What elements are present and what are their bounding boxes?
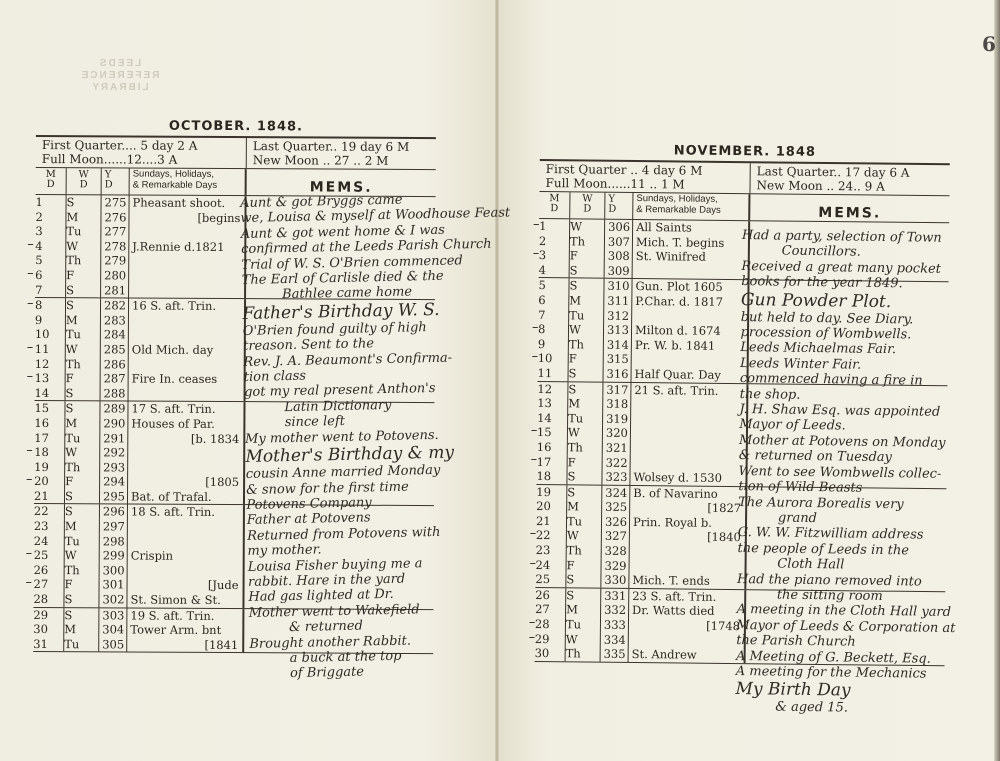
remarkable-days-column: 23 S. aft. Trin.Dr. Watts died[1748St. A… <box>628 589 747 663</box>
year-day: 322 <box>602 455 630 470</box>
event-entry: Pheasant shoot. <box>133 196 245 211</box>
month-day: 18 <box>536 469 566 484</box>
year-day: 332 <box>600 603 628 618</box>
month-day: 19 <box>536 485 566 500</box>
event-entry <box>635 352 747 368</box>
day-numbers: 19202122232425SMTuWThFS32432532632732832… <box>535 485 629 588</box>
moon-phases: First Quarter.... 5 day 2 A Full Moon...… <box>36 137 436 170</box>
month-day: 5 <box>35 253 65 268</box>
moon-phases-right: Last Quarter.. 19 day 6 M New Moon .. 27… <box>246 138 416 169</box>
pencil-tick-mark: – <box>26 575 33 590</box>
event-entry: Crispin <box>131 549 243 564</box>
week-day: S <box>565 588 600 603</box>
month-day: 14 <box>35 386 65 401</box>
day-numbers: 1234WThFS306307308309 <box>539 219 633 278</box>
week-day: Th <box>567 440 602 455</box>
pencil-tick-mark: – <box>27 369 34 384</box>
month-day: 16 <box>34 416 64 431</box>
month-day: 24 <box>34 534 64 549</box>
stamp-line: LEEDS <box>72 58 167 70</box>
column-headers: MD WD YD Sundays, Holidays,& Remarkable … <box>539 192 949 223</box>
month-day: 29 <box>535 632 565 647</box>
month-day: 31 <box>33 637 63 652</box>
year-day: 301 <box>99 578 127 593</box>
year-day: 313 <box>603 323 631 338</box>
week-day: Tu <box>568 308 603 323</box>
event-entry: Tower Arm. bnt <box>130 623 242 638</box>
month-day: 9 <box>35 313 65 328</box>
month-day: 3 <box>35 224 65 239</box>
month-day: 10 <box>35 327 65 342</box>
day-numbers: 567891011SMTuWThFS310311312313314315316 <box>538 278 632 381</box>
pencil-tick-mark: – <box>532 349 539 364</box>
week-day: W <box>566 529 601 544</box>
week-day-column: SMTuWThFS <box>64 401 100 503</box>
event-entry: Milton d. 1674 <box>635 323 747 339</box>
week-day: S <box>65 386 100 401</box>
pencil-tick-mark: – <box>529 556 536 571</box>
event-entry: Half Quar. Day <box>634 367 746 383</box>
week-day: M <box>565 603 600 618</box>
week-day-column: SMTuWThFS <box>565 485 601 588</box>
week-day: S <box>64 401 99 416</box>
month-day: 10 <box>538 351 568 366</box>
week-day: S <box>65 298 100 313</box>
event-entry: Pr. W. b. 1841 <box>635 338 747 354</box>
full-moon: Full Moon......12....3 A <box>42 152 240 167</box>
month-day: 11 <box>538 366 568 381</box>
day-numbers: 2627282930SMTuWTh331332333334335 <box>535 588 629 662</box>
header-year-day: YD <box>604 193 632 219</box>
week-day-column: SMTuWThFS <box>65 298 101 400</box>
month-day: 27 <box>34 577 64 592</box>
event-entry <box>132 357 244 372</box>
year-day: 310 <box>603 279 631 294</box>
week-day: S <box>568 279 603 294</box>
pencil-tick-mark: – <box>529 630 536 645</box>
month-day: 22 <box>536 528 566 543</box>
year-day: 312 <box>603 308 631 323</box>
year-day: 309 <box>604 263 632 278</box>
event-entry <box>632 559 744 575</box>
month-day: 4 <box>539 263 569 278</box>
year-day: 300 <box>99 563 127 578</box>
week-day: Th <box>565 647 600 662</box>
week-day: F <box>567 455 602 470</box>
week-day: W <box>567 426 602 441</box>
remarkable-days-column: 19 S. aft. Trin.Tower Arm. bnt[1841 <box>126 608 244 652</box>
month-day-column: 1234 <box>539 219 570 278</box>
header-year-day: YD <box>101 168 129 194</box>
week-day: S <box>64 489 99 504</box>
week-day: W <box>568 322 603 337</box>
month-day: 20 <box>34 474 64 489</box>
year-day: 297 <box>99 519 127 534</box>
week-day: W <box>565 632 600 647</box>
month-day: 11 <box>35 342 65 357</box>
pencil-tick-mark: – <box>26 472 33 487</box>
month-day: 26 <box>535 588 565 603</box>
year-day: 319 <box>602 411 630 426</box>
week-day: M <box>64 519 99 534</box>
month-day-column: 22232425262728 <box>33 504 64 606</box>
event-entry <box>131 563 243 578</box>
year-day: 276 <box>100 210 128 225</box>
year-day: 289 <box>99 402 127 417</box>
month-day: 8 <box>538 322 568 337</box>
week-day-column: SMTuWThFS <box>65 195 101 297</box>
year-day-column: 310311312313314315316 <box>602 279 631 381</box>
memo-line: My Birth Day <box>735 679 985 702</box>
event-entry: Prin. Royal b. <box>633 515 745 531</box>
event-entry <box>132 283 244 298</box>
event-entry <box>635 309 747 325</box>
week-day: S <box>566 469 601 484</box>
year-day-column: 275276277278279280281 <box>100 195 129 297</box>
week-day: S <box>565 573 600 588</box>
pencil-tick-mark: – <box>533 217 540 232</box>
week-day: F <box>565 558 600 573</box>
event-entry: [1827 <box>633 500 745 516</box>
day-numbers: 293031SMTu303304305 <box>33 608 126 652</box>
pencil-tick-mark: – <box>27 266 34 281</box>
week-day: W <box>65 239 100 254</box>
week-day: Tu <box>64 431 99 446</box>
month-day: 15 <box>537 425 567 440</box>
year-day: 282 <box>100 298 128 313</box>
week-day: F <box>65 268 100 283</box>
year-day: 302 <box>98 592 126 607</box>
event-entry: St. Winifred <box>636 249 748 265</box>
moon-phases: First Quarter .. 4 day 6 M Full Moon....… <box>539 161 949 196</box>
event-entry: Mich. T. begins <box>636 235 748 251</box>
month-day: 9 <box>538 337 568 352</box>
week-day: W <box>65 342 100 357</box>
year-day: 326 <box>601 515 629 530</box>
remarkable-days-column: All SaintsMich. T. beginsSt. Winifred <box>632 220 751 280</box>
remarkable-days-column: 16 S. aft. Trin.Old Mich. dayFire In. ce… <box>128 299 247 402</box>
day-numbers: 15161718192021SMTuWThFS28929029129229329… <box>34 401 128 504</box>
week-day: W <box>64 445 99 460</box>
month-day: 23 <box>34 519 64 534</box>
month-day: 21 <box>34 489 64 504</box>
pencil-tick-mark: – <box>530 526 537 541</box>
month-day: 30 <box>535 646 565 661</box>
week-day: S <box>567 382 602 397</box>
month-day: 7 <box>35 283 65 298</box>
year-day: 316 <box>602 367 630 382</box>
month-day: 23 <box>536 543 566 558</box>
year-day: 295 <box>99 489 127 504</box>
pencil-tick-mark: – <box>27 237 34 252</box>
event-entry: [Jude <box>131 578 243 593</box>
year-day: 285 <box>100 342 128 357</box>
month-day: 5 <box>538 278 568 293</box>
year-day: 328 <box>601 544 629 559</box>
event-entry: Mich. T. ends <box>632 573 744 589</box>
event-entry <box>634 412 746 428</box>
event-entry <box>132 254 244 269</box>
year-day: 327 <box>601 529 629 544</box>
month-day: 17 <box>537 454 567 469</box>
week-day: F <box>64 474 99 489</box>
event-entry: Dr. Watts died <box>632 603 744 619</box>
day-numbers: 12131415161718SMTuWThFS31731831932032132… <box>536 382 630 485</box>
event-entry <box>633 544 745 560</box>
month-day-column: 15161718192021 <box>34 401 65 503</box>
remarkable-days-column: B. of Navarino[1827Prin. Royal b.[1840Mi… <box>628 486 747 589</box>
pencil-tick-mark: – <box>529 615 536 630</box>
header-week-day: WD <box>66 168 101 194</box>
event-entry: All Saints <box>636 220 748 236</box>
week-day: S <box>566 485 601 500</box>
year-day: 275 <box>101 195 129 210</box>
event-entry: B. of Navarino <box>633 486 745 502</box>
week-day: Tu <box>65 224 100 239</box>
week-day: S <box>64 505 99 520</box>
year-day: 284 <box>100 328 128 343</box>
pencil-tick-mark: – <box>531 423 538 438</box>
year-day: 304 <box>98 623 126 638</box>
event-entry: St. Simon & St. <box>130 593 242 608</box>
event-entry <box>634 426 746 442</box>
event-entry: 17 S. aft. Trin. <box>131 402 243 417</box>
pencil-tick-mark: – <box>532 320 539 335</box>
week-day-column: SMTuWThFS <box>566 382 602 485</box>
week-day: S <box>63 608 98 623</box>
year-day: 315 <box>603 352 631 367</box>
year-day-column: 303304305 <box>98 608 126 652</box>
month-day: 21 <box>536 514 566 529</box>
year-day: 303 <box>98 608 126 623</box>
week-day: M <box>63 622 98 637</box>
month-day: 15 <box>34 401 64 416</box>
week-day: Tu <box>65 327 100 342</box>
event-entry: [1805 <box>131 475 243 490</box>
year-day: 329 <box>600 558 628 573</box>
year-day: 294 <box>99 475 127 490</box>
book-right-edge <box>994 0 1000 761</box>
pencil-tick-mark: – <box>27 296 34 311</box>
week-day: Tu <box>566 514 601 529</box>
year-day: 296 <box>99 505 127 520</box>
remarkable-days-column: Gun. Plot 1605P.Char. d. 1817Milton d. 1… <box>630 279 749 382</box>
month-day: 12 <box>537 382 567 397</box>
year-day-column: 296297298299300301302 <box>98 505 127 607</box>
event-entry <box>634 441 746 457</box>
year-day: 321 <box>602 441 630 456</box>
month-day: 13 <box>537 396 567 411</box>
event-entry: Gun. Plot 1605 <box>635 279 747 295</box>
week-day: Tu <box>567 411 602 426</box>
month-day: 12 <box>35 357 65 372</box>
event-entry: [b. 1834 <box>131 431 243 446</box>
week-day: S <box>569 263 604 278</box>
year-day: 334 <box>600 632 628 647</box>
day-numbers: 22232425262728SMTuWThFS29629729829930030… <box>33 504 127 607</box>
week-day-column: SMTuWTh <box>565 588 601 661</box>
event-entry: [1841 <box>130 637 242 652</box>
year-day: 311 <box>603 294 631 309</box>
week-day: F <box>65 371 100 386</box>
event-entry: Wolsey d. 1530 <box>633 470 745 486</box>
year-day: 291 <box>99 431 127 446</box>
month-day: 26 <box>34 563 64 578</box>
event-entry: 23 S. aft. Trin. <box>632 589 744 605</box>
week-day: Tu <box>63 637 98 652</box>
stamp-line: LIBRARY <box>72 82 167 94</box>
new-moon: New Moon .. 24.. 9 A <box>756 178 909 194</box>
event-entry: 16 S. aft. Trin. <box>132 299 244 314</box>
week-day: Th <box>566 543 601 558</box>
year-day: 320 <box>602 426 630 441</box>
year-day: 278 <box>100 239 128 254</box>
header-month-day: MD <box>539 192 569 218</box>
year-day: 279 <box>100 254 128 269</box>
week-day: Th <box>64 563 99 578</box>
year-day-column: 317318319320321322323 <box>601 382 630 484</box>
week-day: S <box>65 283 100 298</box>
month-day: 17 <box>34 430 64 445</box>
month-day: 3 <box>539 248 569 263</box>
week-day: Tu <box>64 534 99 549</box>
year-day: 330 <box>600 573 628 588</box>
year-day: 298 <box>99 534 127 549</box>
pencil-tick-mark: – <box>26 443 33 458</box>
month-day-column: 2627282930 <box>535 588 566 661</box>
month-day: 27 <box>535 602 565 617</box>
month-day: 28 <box>33 592 63 607</box>
event-entry <box>632 633 744 649</box>
month-day-column: 567891011 <box>538 278 569 380</box>
week-day: Th <box>65 254 100 269</box>
year-day-column: 289290291292293294295 <box>99 402 128 504</box>
week-day: Tu <box>565 617 600 632</box>
month-day: 2 <box>35 210 65 225</box>
month-day: 16 <box>537 440 567 455</box>
month-day: 29 <box>33 608 63 623</box>
week-day: S <box>568 366 603 381</box>
year-day: 286 <box>100 357 128 372</box>
event-entry: [begins <box>132 210 244 225</box>
week-day-column: WThFS <box>569 219 605 278</box>
week-day-column: SMTuWThFS <box>63 505 99 607</box>
month-day: 2 <box>539 234 569 249</box>
year-day: 283 <box>100 313 128 328</box>
week-day: Th <box>64 460 99 475</box>
year-day: 318 <box>602 397 630 412</box>
event-entry <box>132 386 244 401</box>
year-day-column: 306307308309 <box>604 220 633 279</box>
event-entry <box>131 460 243 475</box>
month-day: 4 <box>35 239 65 254</box>
month-day: 18 <box>34 445 64 460</box>
week-day: W <box>569 219 604 234</box>
year-day-column: 324325326327328329330 <box>600 485 629 587</box>
week-day: M <box>65 210 100 225</box>
month-day: 6 <box>35 268 65 283</box>
event-entry <box>634 455 746 471</box>
year-day: 280 <box>100 268 128 283</box>
month-day: 25 <box>34 548 64 563</box>
month-day: 30 <box>33 622 63 637</box>
year-day: 317 <box>602 382 630 397</box>
page-number: 6 <box>982 32 996 56</box>
month-title: OCTOBER. 1848. <box>36 118 436 139</box>
week-day: S <box>63 592 98 607</box>
week-day: M <box>566 500 601 515</box>
year-day: 325 <box>601 500 629 515</box>
year-day: 335 <box>600 647 628 662</box>
week-day: Th <box>65 357 100 372</box>
event-entry <box>131 520 243 535</box>
event-entry <box>131 446 243 461</box>
last-quarter: Last Quarter.. 19 day 6 M <box>253 139 409 154</box>
week-day: M <box>65 313 100 328</box>
week-day: F <box>568 352 603 367</box>
month-day: 28 <box>535 617 565 632</box>
day-numbers: 891011121314SMTuWThFS2822832842852862872… <box>35 298 129 401</box>
header-remarkable-days: Sundays, Holidays,& Remarkable Days <box>129 168 247 195</box>
event-entry: St. Andrew <box>632 647 744 663</box>
week-day: Th <box>568 337 603 352</box>
event-entry <box>132 225 244 240</box>
week-day: S <box>66 195 101 210</box>
year-day: 293 <box>99 460 127 475</box>
year-day: 288 <box>100 386 128 401</box>
month-day: 22 <box>34 504 64 519</box>
year-day: 307 <box>604 234 632 249</box>
year-day: 323 <box>601 470 629 485</box>
week-day: M <box>568 293 603 308</box>
full-moon: Full Moon......11 .. 1 M <box>545 176 743 192</box>
event-entry <box>132 328 244 343</box>
day-numbers: 1234567SMTuWThFS275276277278279280281 <box>35 195 129 298</box>
event-entry: Houses of Par. <box>131 416 243 431</box>
month-day: 7 <box>538 308 568 323</box>
stamp-line: REFERENCE <box>72 70 167 82</box>
month-day-column: 19202122232425 <box>535 485 566 587</box>
month-day: 13 <box>35 371 65 386</box>
year-day: 290 <box>99 416 127 431</box>
event-entry: P.Char. d. 1817 <box>635 294 747 310</box>
year-day: 324 <box>601 485 629 500</box>
month-day: 14 <box>537 411 567 426</box>
month-day: 25 <box>535 572 565 587</box>
event-entry: 21 S. aft. Trin. <box>634 383 746 399</box>
year-day: 306 <box>604 220 632 235</box>
week-day: Th <box>569 234 604 249</box>
event-entry: Old Mich. day <box>132 342 244 357</box>
library-stamp: LEEDS REFERENCE LIBRARY <box>72 58 167 94</box>
moon-phases-left: First Quarter.... 5 day 2 A Full Moon...… <box>36 137 246 168</box>
week-day: W <box>64 548 99 563</box>
year-day: 287 <box>100 371 128 386</box>
event-entry: [1840 <box>633 529 745 545</box>
event-entry <box>132 313 244 328</box>
month-day-column: 1234567 <box>35 195 66 297</box>
pencil-tick-mark: – <box>531 452 538 467</box>
year-day: 277 <box>100 225 128 240</box>
year-day-column: 331332333334335 <box>600 589 629 662</box>
event-entry <box>131 534 243 549</box>
week-day-column: SMTuWThFS <box>568 279 604 382</box>
month-day-column: 12131415161718 <box>536 382 567 484</box>
moon-phases-right: Last Quarter.. 17 day 6 A New Moon .. 24… <box>749 163 915 195</box>
event-entry: Fire In. ceases <box>132 372 244 387</box>
pencil-tick-mark: – <box>533 246 540 261</box>
remarkable-days-column: 17 S. aft. Trin.Houses of Par.[b. 1834[1… <box>127 402 246 505</box>
